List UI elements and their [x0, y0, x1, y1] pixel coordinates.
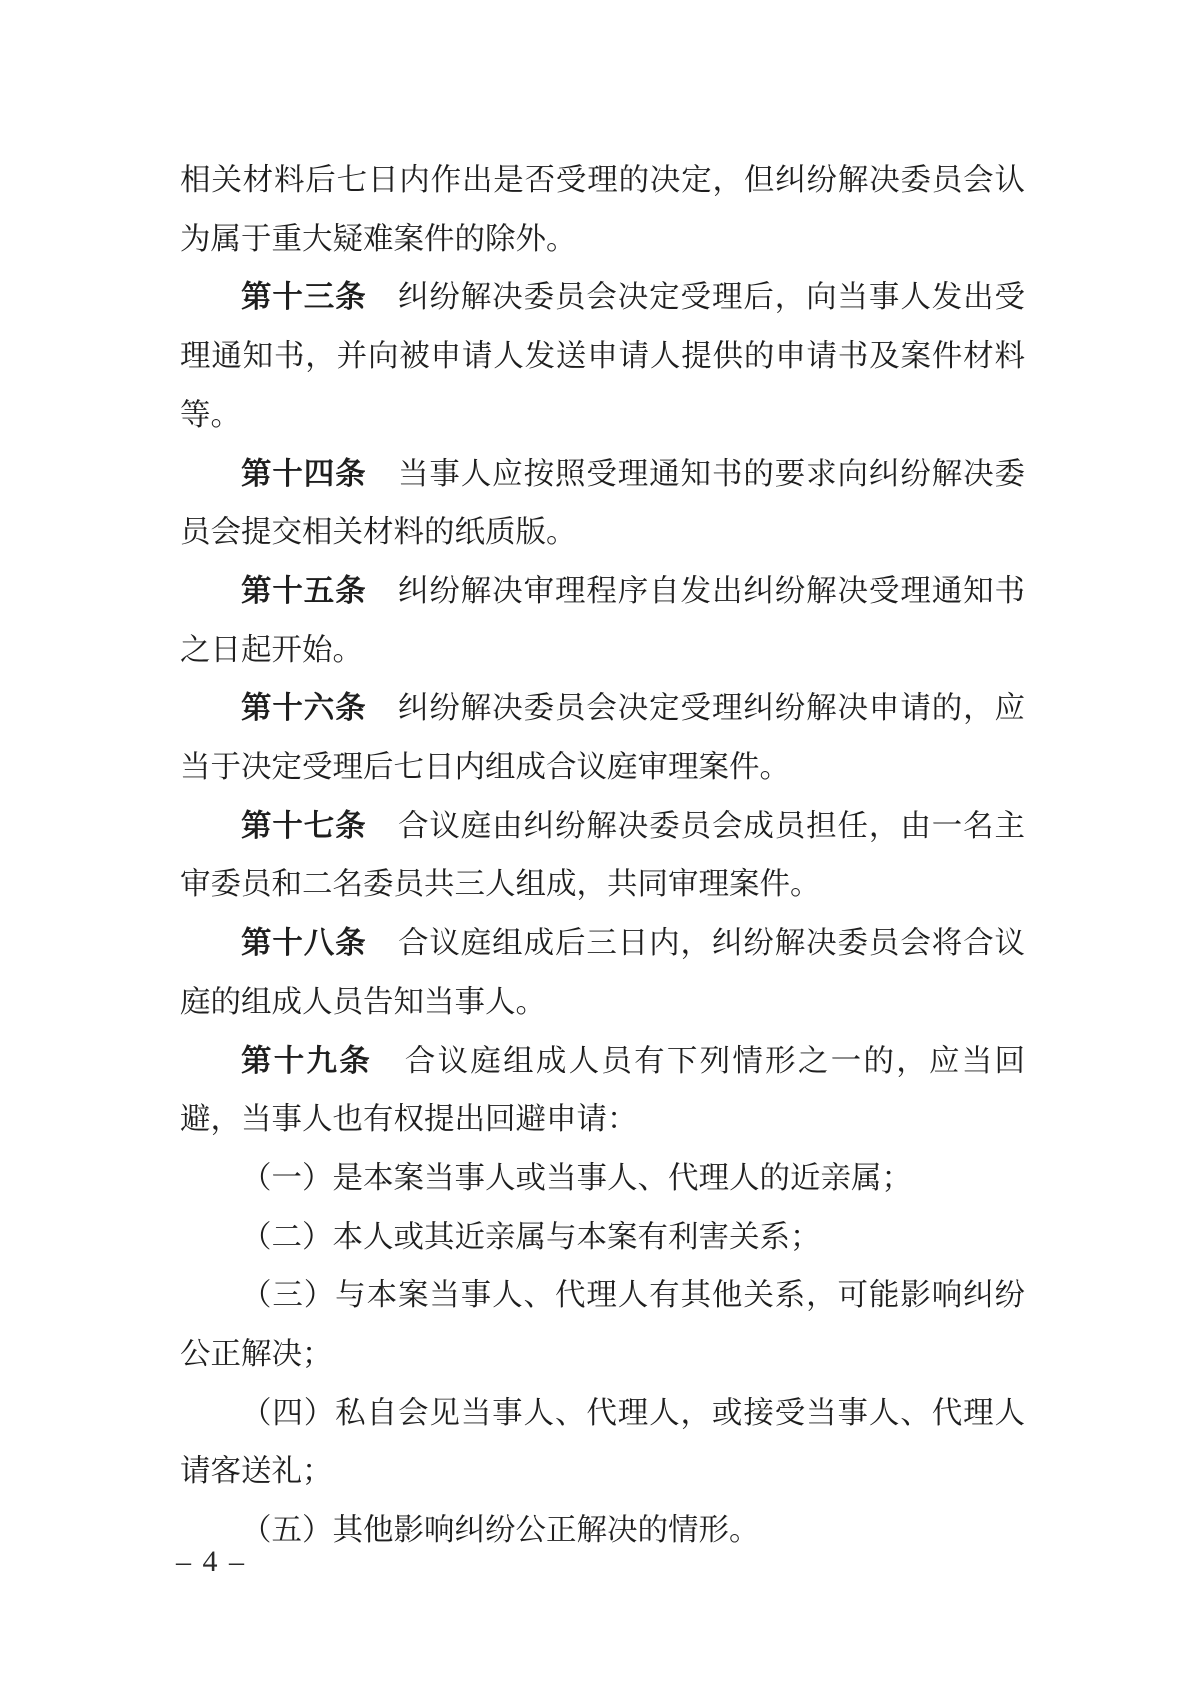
list-item-4-text: （四）私自会见当事人、代理人，或接受当事人、代理人请客送礼；	[180, 1396, 1025, 1489]
list-item-4: （四）私自会见当事人、代理人，或接受当事人、代理人请客送礼；	[180, 1384, 1025, 1501]
list-item-1: （一）是本案当事人或当事人、代理人的近亲属；	[180, 1149, 1025, 1208]
list-item-2: （二）本人或其近亲属与本案有利害关系；	[180, 1208, 1025, 1267]
paragraph-article-19: 第十九条 合议庭组成人员有下列情形之一的，应当回避，当事人也有权提出回避申请：	[180, 1032, 1025, 1149]
paragraph-article-17: 第十七条 合议庭由纠纷解决委员会成员担任，由一名主审委员和二名委员共三人组成，共…	[180, 797, 1025, 914]
paragraph-article-13: 第十三条 纠纷解决委员会决定受理后，向当事人发出受理通知书，并向被申请人发送申请…	[180, 268, 1025, 444]
list-item-3: （三）与本案当事人、代理人有其他关系，可能影响纠纷公正解决；	[180, 1266, 1025, 1383]
article-18-number: 第十八条	[241, 926, 367, 960]
article-15-number: 第十五条	[241, 574, 367, 608]
list-item-2-text: （二）本人或其近亲属与本案有利害关系；	[241, 1220, 821, 1254]
article-13-number: 第十三条	[241, 280, 367, 314]
article-16-number: 第十六条	[241, 691, 367, 725]
article-19-number: 第十九条	[241, 1044, 372, 1078]
document-body: 相关材料后七日内作出是否受理的决定，但纠纷解决委员会认为属于重大疑难案件的除外。…	[180, 151, 1025, 1560]
document-page: 相关材料后七日内作出是否受理的决定，但纠纷解决委员会认为属于重大疑难案件的除外。…	[0, 0, 1190, 1683]
list-item-5-text: （五）其他影响纠纷公正解决的情形。	[241, 1513, 760, 1547]
page-number-footer: – 4 –	[176, 1540, 246, 1584]
paragraph-continuation-text: 相关材料后七日内作出是否受理的决定，但纠纷解决委员会认为属于重大疑难案件的除外。	[180, 163, 1025, 256]
paragraph-article-15: 第十五条 纠纷解决审理程序自发出纠纷解决受理通知书之日起开始。	[180, 562, 1025, 679]
article-14-number: 第十四条	[241, 457, 367, 491]
paragraph-article-14: 第十四条 当事人应按照受理通知书的要求向纠纷解决委员会提交相关材料的纸质版。	[180, 445, 1025, 562]
list-item-3-text: （三）与本案当事人、代理人有其他关系，可能影响纠纷公正解决；	[180, 1278, 1025, 1371]
paragraph-continuation: 相关材料后七日内作出是否受理的决定，但纠纷解决委员会认为属于重大疑难案件的除外。	[180, 151, 1025, 268]
list-item-1-text: （一）是本案当事人或当事人、代理人的近亲属；	[241, 1161, 912, 1195]
list-item-5: （五）其他影响纠纷公正解决的情形。	[180, 1501, 1025, 1560]
paragraph-article-16: 第十六条 纠纷解决委员会决定受理纠纷解决申请的，应当于决定受理后七日内组成合议庭…	[180, 679, 1025, 796]
paragraph-article-18: 第十八条 合议庭组成后三日内，纠纷解决委员会将合议庭的组成人员告知当事人。	[180, 914, 1025, 1031]
article-17-number: 第十七条	[241, 809, 367, 843]
